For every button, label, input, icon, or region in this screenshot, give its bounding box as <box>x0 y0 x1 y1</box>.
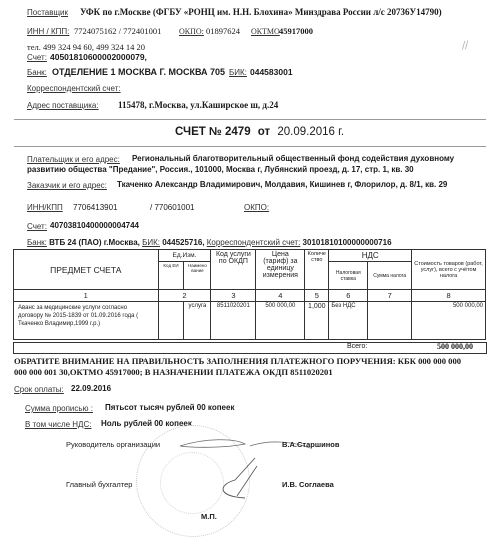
header-cost: Стоимость товаров (работ, услуг), всего … <box>412 250 486 290</box>
supplier-inn-kpp-label: ИНН / КПП: <box>27 27 69 36</box>
total-value: 500 000,00 <box>437 342 473 351</box>
supplier-bank-label: Банк: <box>27 68 47 77</box>
invoice-title-row: СЧЕТ № 2479 от 20.09.2016 г. <box>175 126 344 138</box>
col-num-3: 3 <box>211 290 256 302</box>
header-okdp: Код услуги по ОКДП <box>211 250 256 290</box>
payer-account-value: 40703810400000004744 <box>50 221 139 230</box>
items-table: ПРЕДМЕТ СЧЕТА Ед.Изм. Код услуги по ОКДП… <box>13 249 486 340</box>
supplier-label: Поставщик <box>27 8 68 17</box>
supplier-oktmo-value: 45917000 <box>279 26 313 36</box>
supplier-phone: тел. 499 324 94 60, 499 324 14 20 <box>27 42 145 52</box>
accountant-signature-name: И.В. Соглаева <box>282 480 334 489</box>
notice-line1: ОБРАТИТЕ ВНИМАНИЕ НА ПРАВИЛЬНОСТЬ ЗАПОЛН… <box>14 356 461 366</box>
head-signature-label: Руководитель организации <box>66 440 160 449</box>
col-num-5: 5 <box>305 290 329 302</box>
header-subject: ПРЕДМЕТ СЧЕТА <box>14 250 159 290</box>
payer-bank-value: ВТБ 24 (ПАО) г.Москва, <box>49 238 140 247</box>
payer-value-line1: Региональный благотворительный обществен… <box>132 154 454 163</box>
payer-bank-row: Банк: ВТБ 24 (ПАО) г.Москва, БИК: 044525… <box>27 238 392 247</box>
supplier-inn-kpp-value: 7724075162 / 772401001 <box>74 26 161 36</box>
invoice-number: СЧЕТ № 2479 <box>175 126 251 138</box>
table-row: Аванс за медицинские услуги согласно дог… <box>14 302 486 340</box>
payer-kpp-value: / 770601001 <box>150 203 195 212</box>
col-num-2: 2 <box>158 290 211 302</box>
payer-account-label: Счет: <box>27 222 47 231</box>
col-num-1: 1 <box>14 290 159 302</box>
row-price: 500 000,00 <box>256 302 305 340</box>
col-num-8: 8 <box>412 290 486 302</box>
total-label: Всего: <box>347 343 367 350</box>
row-qty: 1,000 <box>305 302 329 340</box>
header-qty: Количе ство <box>305 250 329 290</box>
row-okdp: 8511020201 <box>211 302 256 340</box>
supplier-bik-label: БИК: <box>229 68 247 77</box>
payer-bik-label: БИК: <box>142 238 160 247</box>
payer-okpo-label: ОКПО: <box>244 203 269 212</box>
supplier-corr-label: Корреспондентский счет: <box>27 84 121 93</box>
notice-line2: 000 000 001 30,ОКТМО 45917000; В НАЗНАЧЕ… <box>14 367 333 377</box>
handwritten-mark: // <box>461 40 469 53</box>
header-vat-sum: Сумма налога <box>368 262 412 290</box>
payer-inn-kpp-label: ИНН/КПП <box>27 203 63 212</box>
supplier-address-value: 115478, г.Москва, ул.Каширское ш, д.24 <box>118 100 278 110</box>
supplier-account-value: 40501810600002000079, <box>50 52 147 62</box>
customer-label: Заказчик и его адрес: <box>27 181 107 190</box>
header-unit: Ед.Изм. <box>158 250 211 262</box>
supplier-address-label: Адрес поставщика: <box>27 101 99 110</box>
sum-words-label: Сумма прописью : <box>25 404 93 413</box>
header-price: Цена (тариф) за единицу измерения <box>256 250 305 290</box>
sum-words-value: Пятьсот тысяч рублей 00 копеек <box>105 403 234 412</box>
customer-value: Ткаченко Александр Владимирович, Молдави… <box>117 180 447 189</box>
row-vat-sum <box>368 302 412 340</box>
header-vat: НДС <box>329 250 412 262</box>
row-unit-code <box>158 302 184 340</box>
supplier-okpo-label: ОКПО: <box>179 27 204 36</box>
payer-corr-label: Корреспондентский счет: <box>207 238 301 247</box>
row-unit-name: услуга <box>184 302 211 340</box>
header-unit-code: Код ЕИ <box>158 262 184 290</box>
invoice-from-label: от <box>258 126 270 138</box>
header-unit-name: Наимено вание <box>184 262 211 290</box>
supplier-account-label: Счет: <box>27 53 47 62</box>
row-vat-rate: Без НДС <box>329 302 368 340</box>
seal-label: М.П. <box>201 512 217 521</box>
supplier-oktmo-label: ОКТМО <box>251 27 280 36</box>
accountant-signature-label: Главный бухгалтер <box>66 480 132 489</box>
divider-bottom <box>14 146 486 147</box>
row-cost: 500 000,00 <box>412 302 486 340</box>
supplier-okpo-value: 01897624 <box>206 26 240 36</box>
divider-top <box>14 119 486 120</box>
col-num-6: 6 <box>329 290 368 302</box>
supplier-bank-value: ОТДЕЛЕНИЕ 1 МОСКВА Г. МОСКВА 705 <box>52 67 225 77</box>
col-num-4: 4 <box>256 290 305 302</box>
head-signature-name: В.А.Старшинов <box>282 440 339 449</box>
total-box <box>13 342 487 354</box>
row-subject: Аванс за медицинские услуги согласно дог… <box>14 302 159 340</box>
due-date-label: Срок оплаты: <box>14 385 64 394</box>
supplier-bik-value: 044583001 <box>250 67 293 77</box>
due-date-value: 22.09.2016 <box>71 384 111 393</box>
payer-corr-value: 30101810100000000716 <box>303 238 392 247</box>
header-vat-rate: Налоговая ставка <box>329 262 368 290</box>
supplier-name: УФК по г.Москве (ФГБУ «РОНЦ им. Н.Н. Бло… <box>80 7 442 17</box>
payer-value-line2: развитию общества "Предание", Россия., 1… <box>27 165 414 174</box>
vat-included-label: В том числе НДС: <box>25 420 91 429</box>
col-num-7: 7 <box>368 290 412 302</box>
payer-bik-value: 044525716, <box>162 238 204 247</box>
column-number-row: 1 2 3 4 5 6 7 8 <box>14 290 486 302</box>
payer-bank-label: Банк: <box>27 238 47 247</box>
payer-inn-value: 7706413901 <box>73 203 118 212</box>
payer-label: Плательщик и его адрес: <box>27 155 120 164</box>
invoice-date: 20.09.2016 г. <box>277 126 344 138</box>
